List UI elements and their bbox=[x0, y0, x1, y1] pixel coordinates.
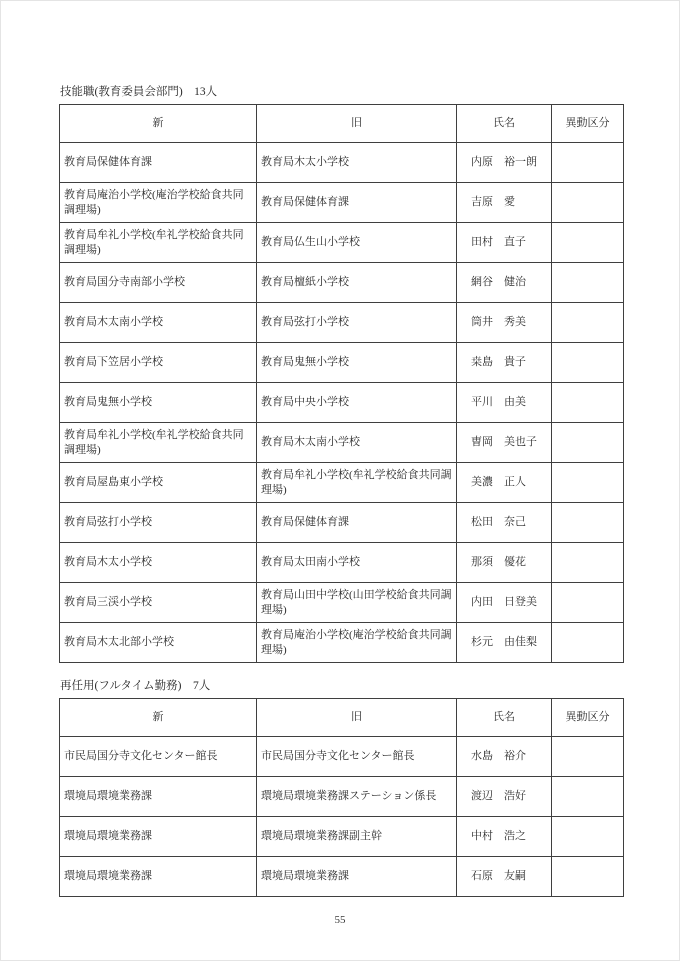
cell-transfer-type bbox=[552, 143, 624, 183]
table-row: 教育局木太南小学校教育局弦打小学校筒井 秀美 bbox=[60, 303, 624, 343]
column-header: 氏名 bbox=[457, 105, 552, 143]
table-row: 環境局環境業務課環境局環境業務課副主幹中村 浩之 bbox=[60, 817, 624, 857]
cell-old: 教育局太田南小学校 bbox=[257, 543, 457, 583]
cell-new: 教育局木太南小学校 bbox=[60, 303, 257, 343]
cell-old: 教育局鬼無小学校 bbox=[257, 343, 457, 383]
cell-transfer-type bbox=[552, 543, 624, 583]
cell-old: 環境局環境業務課 bbox=[257, 857, 457, 897]
cell-new: 市民局国分寺文化センター館長 bbox=[60, 737, 257, 777]
cell-transfer-type bbox=[552, 583, 624, 623]
cell-old: 環境局環境業務課副主幹 bbox=[257, 817, 457, 857]
table-row: 教育局弦打小学校教育局保健体育課松田 奈己 bbox=[60, 503, 624, 543]
cell-transfer-type bbox=[552, 343, 624, 383]
cell-name: 杉元 由佳梨 bbox=[457, 623, 552, 663]
cell-name: 那須 優花 bbox=[457, 543, 552, 583]
cell-old: 環境局環境業務課ステーション係長 bbox=[257, 777, 457, 817]
cell-old: 教育局山田中学校(山田学校給食共同調理場) bbox=[257, 583, 457, 623]
cell-name: 水島 裕介 bbox=[457, 737, 552, 777]
cell-old: 教育局保健体育課 bbox=[257, 183, 457, 223]
page-number: 55 bbox=[1, 914, 679, 926]
cell-name: 桒島 貴子 bbox=[457, 343, 552, 383]
cell-name: 石原 友嗣 bbox=[457, 857, 552, 897]
column-header: 旧 bbox=[257, 699, 457, 737]
cell-name: 渡辺 浩好 bbox=[457, 777, 552, 817]
cell-new: 環境局環境業務課 bbox=[60, 817, 257, 857]
cell-new: 教育局下笠居小学校 bbox=[60, 343, 257, 383]
table-row: 環境局環境業務課環境局環境業務課石原 友嗣 bbox=[60, 857, 624, 897]
column-header: 旧 bbox=[257, 105, 457, 143]
cell-old: 教育局木太南小学校 bbox=[257, 423, 457, 463]
cell-transfer-type bbox=[552, 223, 624, 263]
cell-name: 吉原 愛 bbox=[457, 183, 552, 223]
cell-transfer-type bbox=[552, 857, 624, 897]
header-row: 新旧氏名異動区分 bbox=[60, 699, 624, 737]
column-header: 異動区分 bbox=[552, 699, 624, 737]
cell-transfer-type bbox=[552, 737, 624, 777]
table-row: 教育局木太小学校教育局太田南小学校那須 優花 bbox=[60, 543, 624, 583]
cell-name: 中村 浩之 bbox=[457, 817, 552, 857]
cell-new: 教育局弦打小学校 bbox=[60, 503, 257, 543]
cell-name: 田村 直子 bbox=[457, 223, 552, 263]
cell-transfer-type bbox=[552, 817, 624, 857]
cell-old: 教育局檀紙小学校 bbox=[257, 263, 457, 303]
cell-name: 網谷 健治 bbox=[457, 263, 552, 303]
cell-old: 教育局中央小学校 bbox=[257, 383, 457, 423]
table-row: 教育局牟礼小学校(牟礼学校給食共同調理場)教育局木太南小学校曺岡 美也子 bbox=[60, 423, 624, 463]
cell-new: 教育局国分寺南部小学校 bbox=[60, 263, 257, 303]
table-row: 教育局下笠居小学校教育局鬼無小学校桒島 貴子 bbox=[60, 343, 624, 383]
cell-transfer-type bbox=[552, 383, 624, 423]
cell-transfer-type bbox=[552, 183, 624, 223]
table-row: 教育局国分寺南部小学校教育局檀紙小学校網谷 健治 bbox=[60, 263, 624, 303]
cell-name: 筒井 秀美 bbox=[457, 303, 552, 343]
cell-transfer-type bbox=[552, 777, 624, 817]
section-reappointed: 再任用(フルタイム勤務) 7人 新旧氏名異動区分市民局国分寺文化センター館長市民… bbox=[59, 679, 625, 897]
cell-name: 美濃 正人 bbox=[457, 463, 552, 503]
cell-new: 教育局庵治小学校(庵治学校給食共同調理場) bbox=[60, 183, 257, 223]
cell-transfer-type bbox=[552, 303, 624, 343]
table-row: 環境局環境業務課環境局環境業務課ステーション係長渡辺 浩好 bbox=[60, 777, 624, 817]
table-row: 教育局保健体育課教育局木太小学校内原 裕一朗 bbox=[60, 143, 624, 183]
cell-old: 教育局保健体育課 bbox=[257, 503, 457, 543]
cell-old: 教育局弦打小学校 bbox=[257, 303, 457, 343]
column-header: 氏名 bbox=[457, 699, 552, 737]
table-row: 教育局三渓小学校教育局山田中学校(山田学校給食共同調理場)内田 日登美 bbox=[60, 583, 624, 623]
cell-transfer-type bbox=[552, 263, 624, 303]
column-header: 異動区分 bbox=[552, 105, 624, 143]
section-title: 再任用(フルタイム勤務) 7人 bbox=[60, 679, 625, 694]
cell-name: 曺岡 美也子 bbox=[457, 423, 552, 463]
cell-old: 教育局庵治小学校(庵治学校給食共同調理場) bbox=[257, 623, 457, 663]
cell-transfer-type bbox=[552, 423, 624, 463]
table-row: 教育局木太北部小学校教育局庵治小学校(庵治学校給食共同調理場)杉元 由佳梨 bbox=[60, 623, 624, 663]
personnel-table: 新旧氏名異動区分教育局保健体育課教育局木太小学校内原 裕一朗教育局庵治小学校(庵… bbox=[59, 104, 624, 663]
cell-new: 教育局牟礼小学校(牟礼学校給食共同調理場) bbox=[60, 223, 257, 263]
cell-transfer-type bbox=[552, 503, 624, 543]
table-row: 教育局庵治小学校(庵治学校給食共同調理場)教育局保健体育課吉原 愛 bbox=[60, 183, 624, 223]
cell-old: 教育局仏生山小学校 bbox=[257, 223, 457, 263]
cell-new: 環境局環境業務課 bbox=[60, 777, 257, 817]
cell-new: 教育局三渓小学校 bbox=[60, 583, 257, 623]
cell-transfer-type bbox=[552, 463, 624, 503]
document-page: 技能職(教育委員会部門) 13人 新旧氏名異動区分教育局保健体育課教育局木太小学… bbox=[0, 0, 680, 961]
cell-name: 平川 由美 bbox=[457, 383, 552, 423]
cell-old: 教育局牟礼小学校(牟礼学校給食共同調理場) bbox=[257, 463, 457, 503]
table-row: 教育局屋島東小学校教育局牟礼小学校(牟礼学校給食共同調理場)美濃 正人 bbox=[60, 463, 624, 503]
cell-old: 市民局国分寺文化センター館長 bbox=[257, 737, 457, 777]
table-row: 教育局牟礼小学校(牟礼学校給食共同調理場)教育局仏生山小学校田村 直子 bbox=[60, 223, 624, 263]
cell-new: 教育局保健体育課 bbox=[60, 143, 257, 183]
column-header: 新 bbox=[60, 699, 257, 737]
cell-new: 教育局鬼無小学校 bbox=[60, 383, 257, 423]
cell-name: 内田 日登美 bbox=[457, 583, 552, 623]
cell-new: 教育局牟礼小学校(牟礼学校給食共同調理場) bbox=[60, 423, 257, 463]
cell-name: 内原 裕一朗 bbox=[457, 143, 552, 183]
cell-old: 教育局木太小学校 bbox=[257, 143, 457, 183]
section-title: 技能職(教育委員会部門) 13人 bbox=[60, 85, 625, 100]
cell-new: 教育局屋島東小学校 bbox=[60, 463, 257, 503]
header-row: 新旧氏名異動区分 bbox=[60, 105, 624, 143]
cell-name: 松田 奈己 bbox=[457, 503, 552, 543]
cell-new: 教育局木太小学校 bbox=[60, 543, 257, 583]
personnel-table: 新旧氏名異動区分市民局国分寺文化センター館長市民局国分寺文化センター館長水島 裕… bbox=[59, 698, 624, 897]
cell-new: 環境局環境業務課 bbox=[60, 857, 257, 897]
table-row: 市民局国分寺文化センター館長市民局国分寺文化センター館長水島 裕介 bbox=[60, 737, 624, 777]
table-row: 教育局鬼無小学校教育局中央小学校平川 由美 bbox=[60, 383, 624, 423]
section-skilled-workers: 技能職(教育委員会部門) 13人 新旧氏名異動区分教育局保健体育課教育局木太小学… bbox=[59, 85, 625, 663]
cell-transfer-type bbox=[552, 623, 624, 663]
column-header: 新 bbox=[60, 105, 257, 143]
cell-new: 教育局木太北部小学校 bbox=[60, 623, 257, 663]
